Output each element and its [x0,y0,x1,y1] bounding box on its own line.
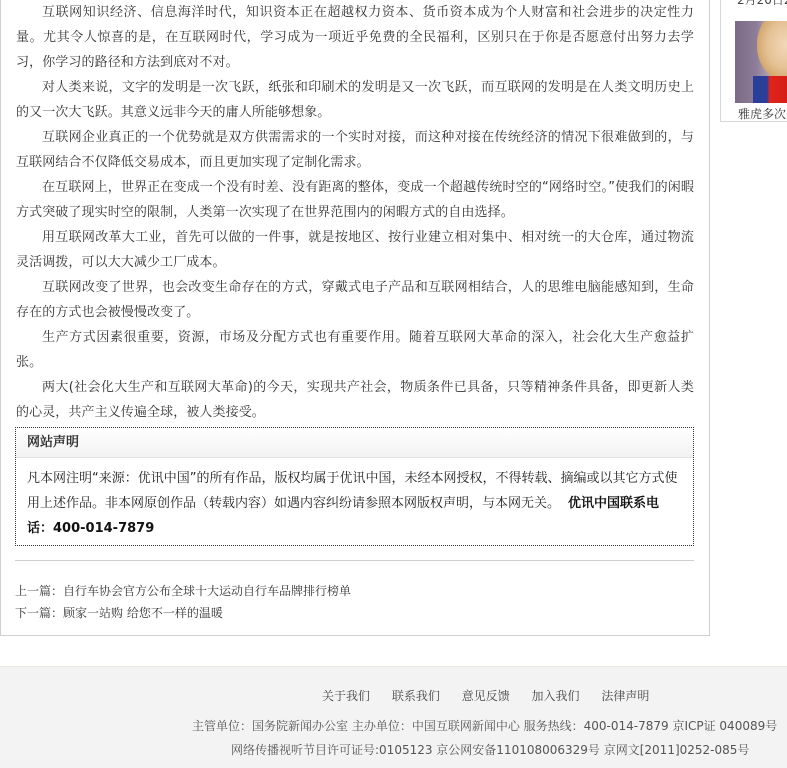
next-label: 下一篇： [15,606,63,620]
article-paragraph: 互联网企业真正的一个优势就是双方供需需求的一个实时对接，而这种对接在传统经济的情… [16,125,694,175]
article-paragraph: 用互联网改革大工业，首先可以做的一件事，就是按地区、按行业建立相对集中、相对统一… [16,225,694,275]
next-article-link[interactable]: 顾家一站购 给您不一样的温暖 [63,606,223,620]
footer-link-contact[interactable]: 联系我们 [392,689,440,703]
prev-article-link[interactable]: 自行车协会官方公布全球十大运动自行车品牌排行榜单 [63,584,351,598]
article-body: 互联网知识经济、信息海洋时代，知识资本正在超越权力资本、货币资本成为个人财富和社… [16,0,694,425]
sidebar-news-thumbnail[interactable] [735,21,787,103]
footer-links: 关于我们 联系我们 意见反馈 加入我们 法律声明 [322,687,667,704]
next-article: 下一篇：顾家一站购 给您不一样的温暖 [15,602,351,624]
footer-link-legal[interactable]: 法律声明 [601,689,649,703]
disclaimer-title: 网站声明 [16,428,693,458]
divider [15,560,694,561]
prev-article: 上一篇：自行车协会官方公布全球十大运动自行车品牌排行榜单 [15,580,351,602]
sidebar-date: 2月20日2 [737,0,787,8]
article-paragraph: 互联网改变了世界，也会改变生命存在的方式，穿戴式电子产品和互联网相结合，人的思维… [16,275,694,325]
sidebar-news-caption[interactable]: 雅虎多次开 [738,105,787,122]
footer-organization-info: 主管单位：国务院新闻办公室 主办单位：中国互联网新闻中心 服务热线：400-01… [192,717,777,734]
article-paragraph: 对人类来说，文字的发明是一次飞跃，纸张和印刷术的发明是又一次飞跃，而互联网的发明… [16,75,694,125]
footer-link-join[interactable]: 加入我们 [532,689,580,703]
footer-link-feedback[interactable]: 意见反馈 [462,689,510,703]
sidebar-news-card[interactable]: 2月20日2 雅虎多次开 [720,0,787,122]
footer-link-about[interactable]: 关于我们 [322,689,370,703]
site-footer: 关于我们 联系我们 意见反馈 加入我们 法律声明 主管单位：国务院新闻办公室 主… [0,666,787,768]
prev-next-navigation: 上一篇：自行车协会官方公布全球十大运动自行车品牌排行榜单 下一篇：顾家一站购 给… [15,580,351,624]
photo-subject [757,21,787,81]
site-disclaimer-box: 网站声明 凡本网注明“来源：优讯中国”的所有作品，版权均属于优讯中国，未经本网授… [15,427,694,546]
prev-label: 上一篇： [15,584,63,598]
article-paragraph: 在互联网上，世界正在变成一个没有时差、没有距离的整体，变成一个超越传统时空的“网… [16,175,694,225]
photo-scarf [753,76,787,103]
article-paragraph: 生产方式因素很重要，资源，市场及分配方式也有重要作用。随着互联网大革命的深入，社… [16,325,694,375]
article-paragraph: 两大(社会化大生产和互联网大革命)的今天，实现共产社会，物质条件已具备，只等精神… [16,375,694,425]
footer-license-info: 网络传播视听节目许可证号:0105123 京公网安备110108006329号 … [231,741,749,758]
disclaimer-body: 凡本网注明“来源：优讯中国”的所有作品，版权均属于优讯中国，未经本网授权，不得转… [16,458,693,541]
article-paragraph: 互联网知识经济、信息海洋时代，知识资本正在超越权力资本、货币资本成为个人财富和社… [16,0,694,75]
